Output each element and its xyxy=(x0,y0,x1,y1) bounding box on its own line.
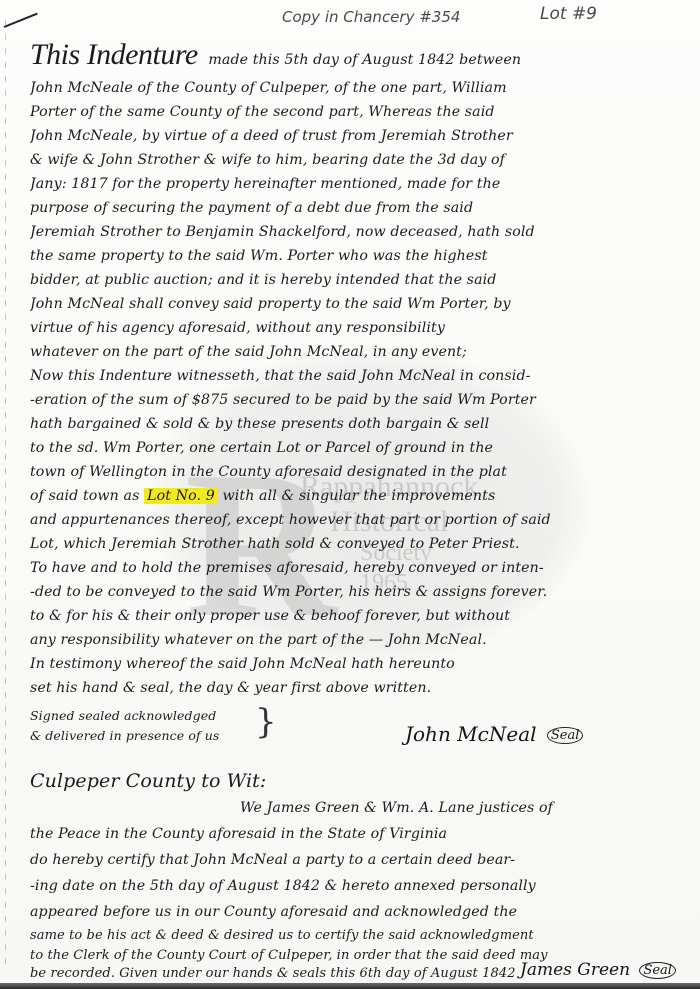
signature-name: John McNeal xyxy=(405,722,537,746)
indenture-line: hath bargained & sold & by these present… xyxy=(30,416,690,432)
corner-pen-mark xyxy=(4,13,38,28)
indenture-line: purpose of securing the payment of a deb… xyxy=(30,200,690,216)
indenture-line: whatever on the part of the said John Mc… xyxy=(30,344,690,360)
indenture-line: & wife & John Strother & wife to him, be… xyxy=(30,152,690,168)
lot-number-note: Lot #9 xyxy=(540,4,597,24)
certificate-line: the Peace in the County aforesaid in the… xyxy=(30,826,690,842)
indenture-line: Jeremiah Strother to Benjamin Shackelfor… xyxy=(30,224,690,240)
indenture-line: -ded to be conveyed to the said Wm Porte… xyxy=(30,584,690,600)
indenture-line: Now this Indenture witnesseth, that the … xyxy=(30,368,690,384)
indenture-line: bidder, at public auction; and it is her… xyxy=(30,272,690,288)
indenture-line: Lot, which Jeremiah Strother hath sold &… xyxy=(30,536,690,552)
indenture-line: John McNeal shall convey said property t… xyxy=(30,296,690,312)
certificate-line: same to be his act & deed & desired us t… xyxy=(30,928,690,943)
certificate-line: appeared before us in our County aforesa… xyxy=(30,904,690,920)
indenture-line: to the sd. Wm Porter, one certain Lot or… xyxy=(30,440,690,456)
indenture-line: Porter of the same County of the second … xyxy=(30,104,690,120)
indenture-line: To have and to hold the premises aforesa… xyxy=(30,560,690,576)
indenture-text: of said town as xyxy=(30,488,139,504)
indenture-line-highlighted: of said town as Lot No. 9 with all & sin… xyxy=(30,488,690,504)
certificate-line: do hereby certify that John McNeal a par… xyxy=(30,852,690,868)
indenture-line: John McNeale of the County of Culpeper, … xyxy=(30,80,690,96)
attestation-brace: } xyxy=(255,702,277,742)
justice-signature: James Green Seal xyxy=(520,960,676,980)
document-page: R Rappahannock Historical Society 1965 C… xyxy=(0,0,700,989)
indenture-line: and appurtenances thereof, except howeve… xyxy=(30,512,690,528)
seal-mark: Seal xyxy=(639,962,676,979)
indenture-line: the same property to the said Wm. Porter… xyxy=(30,248,690,264)
copy-in-chancery-note: Copy in Chancery #354 xyxy=(282,8,460,26)
indenture-title: This Indenture xyxy=(30,38,198,71)
signature-name: James Green xyxy=(520,960,630,980)
certificate-heading: Culpeper County to Wit: xyxy=(30,770,690,792)
indenture-line: town of Wellington in the County aforesa… xyxy=(30,464,690,480)
indenture-line: any responsibility whatever on the part … xyxy=(30,632,690,648)
indenture-line: John McNeale, by virtue of a deed of tru… xyxy=(30,128,690,144)
indenture-line: to & for his & their only proper use & b… xyxy=(30,608,690,624)
scan-bottom-edge xyxy=(0,983,700,989)
grantor-signature: John McNeal Seal xyxy=(405,722,583,746)
indenture-line: Jany: 1817 for the property hereinafter … xyxy=(30,176,690,192)
indenture-text: with all & singular the improvements xyxy=(223,488,496,504)
attestation-line: & delivered in presence of us xyxy=(30,728,690,743)
indenture-line-1: This Indenture made this 5th day of Augu… xyxy=(30,38,690,72)
indenture-line: set his hand & seal, the day & year firs… xyxy=(30,680,690,696)
indenture-line: In testimony whereof the said John McNea… xyxy=(30,656,690,672)
indenture-line: virtue of his agency aforesaid, without … xyxy=(30,320,690,336)
certificate-line: -ing date on the 5th day of August 1842 … xyxy=(30,878,690,894)
indenture-line: -eration of the sum of $875 secured to b… xyxy=(30,392,690,408)
attestation-line: Signed sealed acknowledged xyxy=(30,708,690,723)
indenture-text: made this 5th day of August 1842 between xyxy=(208,52,521,68)
certificate-line: We James Green & Wm. A. Lane justices of xyxy=(240,800,690,816)
highlighted-lot-number: Lot No. 9 xyxy=(144,488,218,504)
seal-mark: Seal xyxy=(547,727,584,744)
margin-rule xyxy=(5,20,6,970)
